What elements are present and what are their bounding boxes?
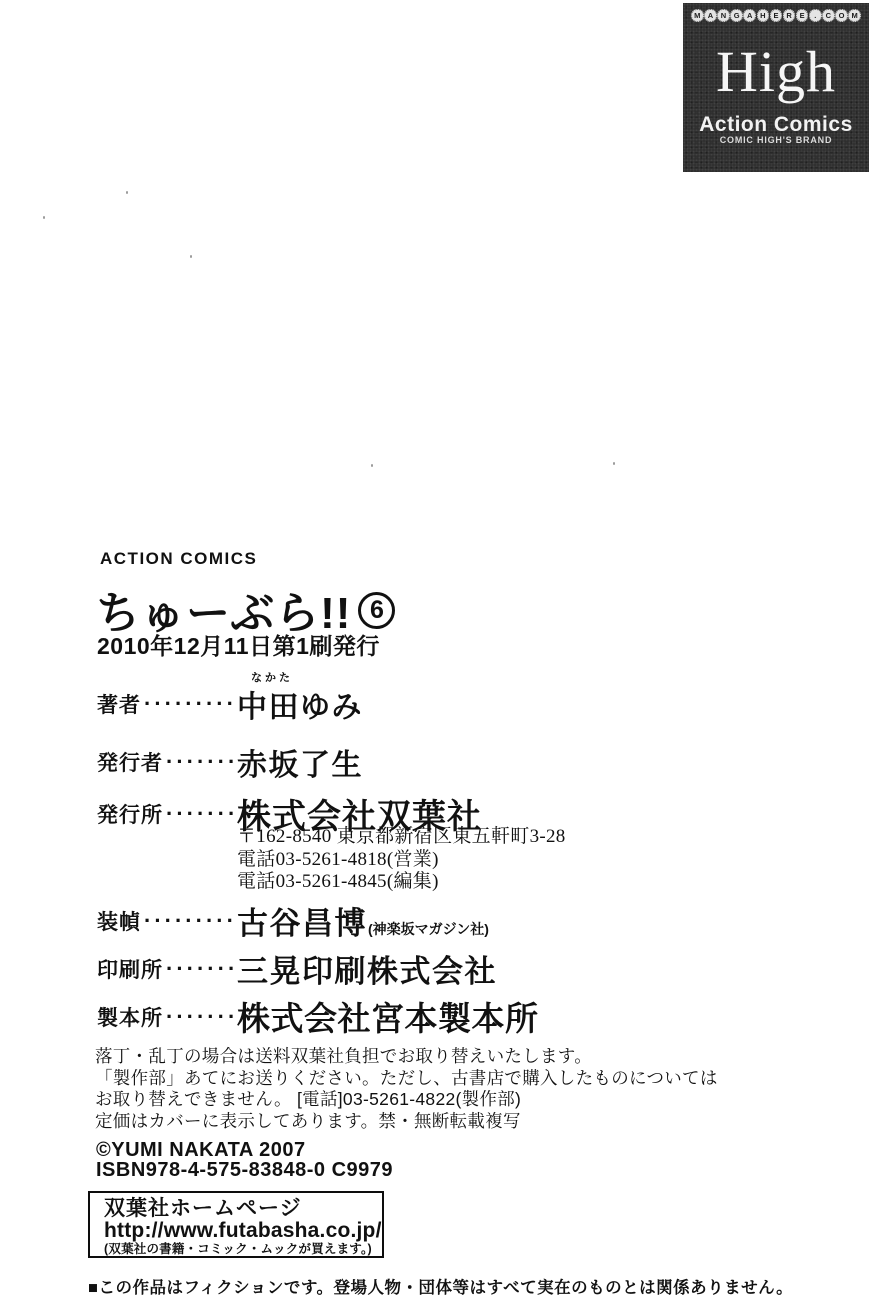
watermark-letter: O <box>835 9 848 22</box>
label-area: 著者 ····················· <box>97 689 237 719</box>
notice-line: お取り替えできません。 [電話]03-5261-4822(製作部) <box>95 1089 718 1111</box>
dot-leader: ····················· <box>163 956 237 982</box>
author-name: 中田ゆみ <box>237 682 363 726</box>
watermark-letter: G <box>730 9 743 22</box>
designer-affiliation: (神楽坂マガジン社) <box>368 919 489 943</box>
scan-speck <box>126 191 128 194</box>
row-value: 古谷昌博 (神楽坂マガジン社) <box>237 898 489 943</box>
label-area: 装幀 ····················· <box>97 906 237 936</box>
furigana: なかた <box>239 669 305 685</box>
notice-line: 落丁・乱丁の場合は送料双葉社負担でお取り替えいたします。 <box>95 1046 718 1068</box>
label-area: 製本所 ····················· <box>97 1002 237 1032</box>
watermark-letter: M <box>691 9 704 22</box>
watermark-letter: M <box>848 9 861 22</box>
label-area: 発行者 ····················· <box>97 747 237 777</box>
watermark-letter: N <box>717 9 730 22</box>
printing-date: 2010年12月11日第1刷発行 <box>97 628 380 661</box>
notice-line: 定価はカバーに表示してあります。禁・無断転載複写 <box>95 1111 718 1133</box>
logo-brand-tagline: COMIC HIGH'S BRAND <box>683 135 869 145</box>
printer-name: 三晃印刷株式会社 <box>237 946 497 991</box>
dot-leader: ····················· <box>141 691 237 717</box>
homepage-note: (双葉社の書籍・コミック・ムックが買えます。) <box>104 1242 382 1257</box>
dot-leader: ····················· <box>163 801 237 827</box>
watermark-letter: C <box>822 9 835 22</box>
row-value: 三晃印刷株式会社 <box>237 946 497 991</box>
publisher-homepage-box: 双葉社ホームページ http://www.futabasha.co.jp/ (双… <box>88 1191 384 1258</box>
replacement-notice: 落丁・乱丁の場合は送料双葉社負担でお取り替えいたします。 「製作部」あてにお送り… <box>95 1046 718 1132</box>
scan-speck <box>190 255 192 258</box>
publisher-logo-box: M A N G A H E R E . C O M High Action Co… <box>683 3 869 172</box>
dot-leader: ····················· <box>163 749 237 775</box>
dot-leader: ····················· <box>163 1004 237 1030</box>
colophon-row-bindery: 製本所 ····················· 株式会社宮本製本所 <box>97 993 657 1040</box>
watermark-band: M A N G A H E R E . C O M <box>691 9 861 22</box>
colophon-row-printer: 印刷所 ····················· 三晃印刷株式会社 <box>97 946 657 991</box>
notice-line: 「製作部」あてにお送りください。ただし、古書店で購入したものについては <box>95 1068 718 1090</box>
row-value: 赤坂了生 <box>237 740 363 784</box>
watermark-letter: A <box>704 9 717 22</box>
watermark-letter: H <box>757 9 770 22</box>
watermark-letter: A <box>743 9 756 22</box>
isbn-line: ISBN978-4-575-83848-0 C9979 <box>96 1161 393 1181</box>
logo-action-comics-label: Action Comics <box>683 113 869 137</box>
colophon-row-author: 著者 ····················· なかた 中田ゆみ <box>97 682 657 726</box>
publisher-person-name: 赤坂了生 <box>237 740 363 784</box>
colophon-row-publisher-person: 発行者 ····················· 赤坂了生 <box>97 740 657 784</box>
watermark-letter: E <box>796 9 809 22</box>
designer-name: 古谷昌博 <box>237 898 367 943</box>
watermark-letter: E <box>770 9 783 22</box>
row-value: 株式会社宮本製本所 <box>237 993 539 1040</box>
postal-address: 〒162-8540 東京都新宿区東五軒町3-28 <box>237 826 566 849</box>
logo-high-title: High <box>683 43 869 101</box>
label-area: 印刷所 ····················· <box>97 954 237 984</box>
row-label: 装幀 <box>97 906 141 936</box>
imprint-heading: ACTION COMICS <box>100 549 257 569</box>
credits-block: ©YUMI NAKATA 2007 ISBN978-4-575-83848-0 … <box>96 1141 393 1180</box>
dot-leader: ····················· <box>141 908 237 934</box>
colophon-row-binding-design: 装幀 ····················· 古谷昌博 (神楽坂マガジン社) <box>97 898 657 943</box>
publisher-address-block: 〒162-8540 東京都新宿区東五軒町3-28 電話03-5261-4818(… <box>237 826 566 894</box>
homepage-url: http://www.futabasha.co.jp/ <box>104 1220 382 1242</box>
scan-speck <box>43 216 45 219</box>
homepage-heading: 双葉社ホームページ <box>104 1198 382 1220</box>
row-label: 発行者 <box>97 747 163 777</box>
watermark-letter: . <box>809 9 822 22</box>
watermark-letter: R <box>783 9 796 22</box>
copyright-line: ©YUMI NAKATA 2007 <box>96 1141 393 1161</box>
scan-speck <box>613 462 615 465</box>
row-value: なかた 中田ゆみ <box>237 682 363 726</box>
row-label: 発行所 <box>97 799 163 829</box>
label-area: 発行所 ····················· <box>97 799 237 829</box>
fiction-disclaimer: ■この作品はフィクションです。登場人物・団体等はすべて実在のものとは関係ありませ… <box>88 1274 793 1298</box>
row-label: 著者 <box>97 689 141 719</box>
phone-sales: 電話03-5261-4818(営業) <box>237 849 566 872</box>
row-label: 製本所 <box>97 1002 163 1032</box>
colophon-page: M A N G A H E R E . C O M High Action Co… <box>0 0 869 1308</box>
row-label: 印刷所 <box>97 954 163 984</box>
volume-number-badge: 6 <box>358 592 395 629</box>
bindery-name: 株式会社宮本製本所 <box>237 993 539 1040</box>
scan-speck <box>371 464 373 467</box>
phone-editorial: 電話03-5261-4845(編集) <box>237 871 566 894</box>
